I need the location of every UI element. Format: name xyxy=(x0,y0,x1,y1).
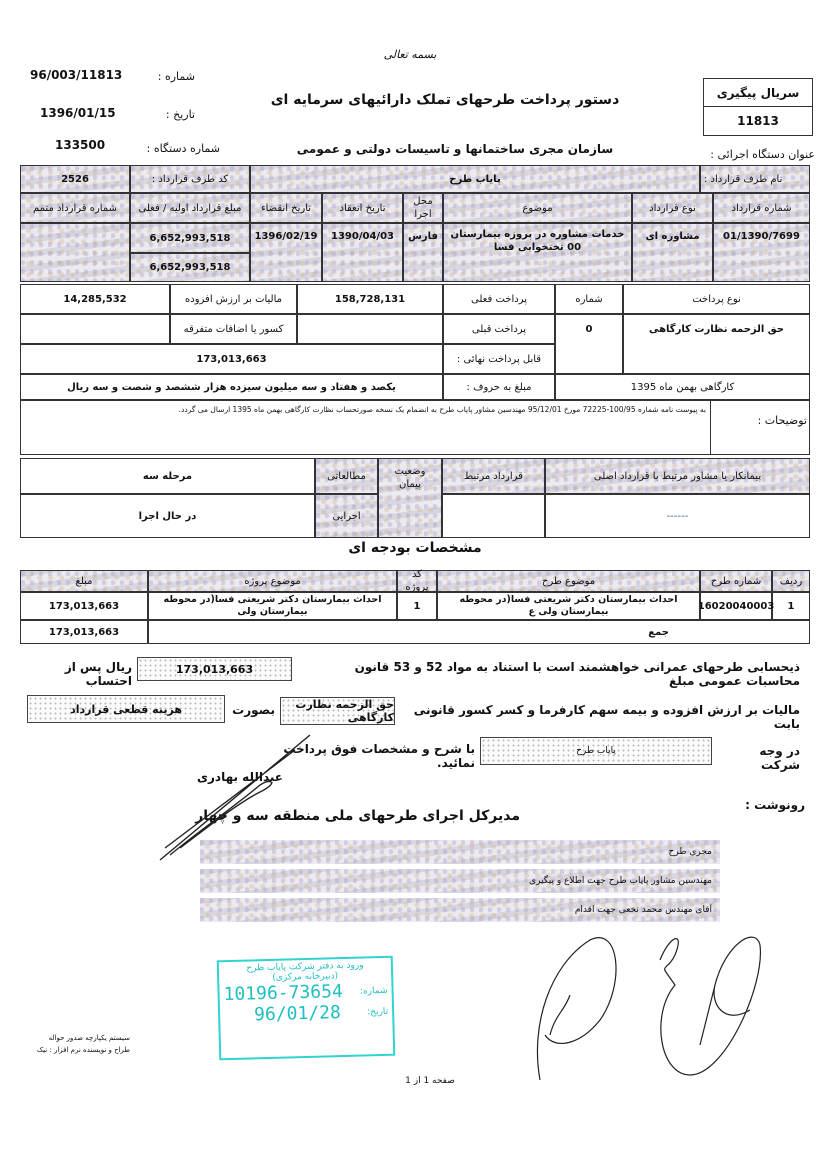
study-value: مرحله سه xyxy=(20,458,315,494)
executive-agency-label: عنوان دستگاه اجرائی : xyxy=(690,148,815,161)
handwritten-signatures-icon xyxy=(510,925,790,1085)
budget-col-index: ردیف xyxy=(772,570,810,592)
execution-label: اجرایی xyxy=(315,494,378,538)
budget-row-project-code: 1 xyxy=(397,592,437,620)
invocation: بسمه تعالی xyxy=(360,48,460,61)
instruction-line1-end: ریال پس از احتساب xyxy=(20,660,132,688)
payment-period: کارگاهی بهمن ماه 1395 xyxy=(555,374,810,400)
stamp-date-label: تاریخ: xyxy=(367,1006,388,1017)
budget-col-plan-number: شماره طرح xyxy=(700,570,772,592)
counterparty-code-value: 2526 xyxy=(20,165,130,193)
tracking-label: سریال پیگیری xyxy=(704,79,812,107)
document-title: دستور پرداخت طرحهای تملک دارائیهای سرمای… xyxy=(270,92,620,108)
counterparty-code-label: کد طرف قرارداد : xyxy=(130,165,250,193)
final-payable-label: قابل پرداخت نهائی : xyxy=(443,344,555,374)
instruction-line3-start: در وجه شرکت xyxy=(720,744,800,772)
budget-total-label: جمع xyxy=(148,620,810,644)
budget-row-index: 1 xyxy=(772,592,810,620)
contract-status-label: وضعیت پیمان xyxy=(378,458,442,538)
amount-current-value: 6,652,993,518 xyxy=(130,253,250,282)
instruction-line2-mid: بصورت xyxy=(230,703,275,717)
cc-item-1: مجری طرح xyxy=(200,840,720,864)
signed-date-value: 1390/04/03 xyxy=(322,223,403,282)
payment-number-label: شماره xyxy=(555,284,623,314)
misc-deductions-value xyxy=(20,314,170,344)
payment-number-value: 0 xyxy=(555,314,623,374)
budget-col-amount: مبلغ xyxy=(20,570,148,592)
previous-payment-label: پرداخت قبلی xyxy=(443,314,555,344)
contractor-value: ------ xyxy=(545,494,810,538)
software-line-2: طراح و نویسنده نرم افزار : نیک xyxy=(30,1046,130,1054)
current-payment-label: پرداخت فعلی xyxy=(443,284,555,314)
tracking-value: 11813 xyxy=(704,107,812,135)
instruction-amount-field: 173,013,663 xyxy=(137,657,292,681)
budget-title: مشخصات بودجه ای xyxy=(270,540,560,556)
number-label: شماره : xyxy=(135,70,195,83)
subject-line-1: خدمات مشاوره در پروزه بیمارستان xyxy=(451,228,625,241)
study-label: مطالعاتی xyxy=(315,458,378,494)
expiry-date-value: 1396/02/19 xyxy=(250,223,322,282)
payment-type-label: نوع پرداخت xyxy=(623,284,810,314)
stamp-number-label: شماره: xyxy=(360,985,388,996)
notes-text: به پیوست نامه شماره 100/95-72225 مورخ 95… xyxy=(90,405,706,415)
tracking-box: سریال پیگیری 11813 xyxy=(703,78,813,136)
final-payable-value: 173,013,663 xyxy=(20,344,443,374)
contract-number-value: 01/1390/7699 xyxy=(713,223,810,282)
col-amount: مبلغ قرارداد اولیه / فعلی xyxy=(130,193,250,223)
execution-value: در حال اجرا xyxy=(20,494,315,538)
instruction-company-field: پایاب طرح xyxy=(480,737,712,765)
amount-in-words-label: مبلغ به حروف : xyxy=(443,374,555,400)
col-contract-type: نوع قرارداد xyxy=(632,193,713,223)
instruction-line2-start: مالیات بر ارزش افزوده و بیمه سهم کارفرما… xyxy=(400,703,800,731)
date-value: 1396/01/15 xyxy=(40,106,135,120)
budget-col-plan-subject: موضوع طرح xyxy=(437,570,700,592)
subject-line-2: 00 تختخوابی فسا xyxy=(494,241,581,254)
col-contract-number: شماره قرارداد xyxy=(713,193,810,223)
related-contract-label: قرارداد مرتبط xyxy=(442,458,545,494)
instruction-mode-field: هزینه قطعی قرارداد xyxy=(27,695,225,723)
current-payment-value: 158,728,131 xyxy=(297,284,443,314)
amount-in-words-value: یکصد و هفتاد و سه میلیون سیزده هزار ششصد… xyxy=(20,374,443,400)
contract-subject: خدمات مشاوره در پروزه بیمارستان 00 تختخو… xyxy=(443,223,632,282)
notes-divider xyxy=(710,400,711,455)
instruction-line1-start: ذیحسابی طرحهای عمرانی خواهشمند است با اس… xyxy=(300,660,800,688)
budget-col-project-subject: موضوع پروژه xyxy=(148,570,397,592)
budget-row-plan-subject: احداث بیمارستان دکتر شریعتی فسا(در محوطه… xyxy=(437,592,700,620)
budget-row-amount: 173,013,663 xyxy=(20,592,148,620)
col-signed-date: تاریخ انعقاد xyxy=(322,193,403,223)
contractor-label: پیمانکار یا مشاور مرتبط با قرارداد اصلی xyxy=(545,458,810,494)
col-expiry-date: تاریخ انقضاء xyxy=(250,193,322,223)
col-supplement: شماره قرارداد متمم xyxy=(20,193,130,223)
location-value: فارس xyxy=(403,223,443,282)
software-line-1: سیستم یکپارچه صدور حواله xyxy=(30,1034,130,1042)
misc-deductions-label: کسور یا اضافات متفرقه xyxy=(170,314,297,344)
received-stamp: ورود به دفتر شرکت پایاب طرح (دبیرخانه مر… xyxy=(217,956,396,1061)
stamp-date-value: 96/01/28 xyxy=(224,1002,341,1026)
agency-number-label: شماره دستگاه : xyxy=(135,142,220,155)
previous-payment-value xyxy=(297,314,443,344)
counterparty-name-value: پایاب طرح xyxy=(250,165,700,193)
budget-row-plan-number: 16020040003 xyxy=(700,592,772,620)
contract-type-value: مشاوره ای xyxy=(632,223,713,282)
organization-name: سازمان مجری ساختمانها و تاسیسات دولتی و … xyxy=(290,142,620,156)
cc-item-3: آقای مهندس محمد نخعی جهت اقدام xyxy=(200,898,720,922)
vat-value: 14,285,532 xyxy=(20,284,170,314)
counterparty-name-label: نام طرف قرارداد : xyxy=(700,165,810,193)
supplement-number-value xyxy=(20,223,130,282)
date-label: تاریخ : xyxy=(135,108,195,121)
amount-initial-value: 6,652,993,518 xyxy=(130,223,250,253)
agency-number-value: 133500 xyxy=(55,138,130,152)
notes-label: توضیحات : xyxy=(712,414,807,427)
cc-label: رونوشت : xyxy=(735,798,805,812)
cc-item-2: مهندسین مشاور پایاب طرح جهت اطلاع و پیگی… xyxy=(200,869,720,893)
vat-label: مالیات بر ارزش افزوده xyxy=(170,284,297,314)
budget-total-value: 173,013,663 xyxy=(20,620,148,644)
related-contract-value xyxy=(442,494,545,538)
col-subject: موضوع xyxy=(443,193,632,223)
budget-row-project-subject: احداث بیمارستان دکتر شریعتی فسا(در محوطه… xyxy=(148,592,397,620)
payment-type-value: حق الزحمه نظارت کارگاهی xyxy=(623,314,810,374)
col-location: محل اجرا xyxy=(403,193,443,223)
budget-col-project-code: کد پروژه xyxy=(397,570,437,592)
page-indicator: صفحه 1 از 1 xyxy=(390,1076,470,1086)
number-value: 96/003/11813 xyxy=(30,68,135,82)
instruction-reason-field: حق الزحمه نظارت کارگاهی xyxy=(280,697,395,725)
